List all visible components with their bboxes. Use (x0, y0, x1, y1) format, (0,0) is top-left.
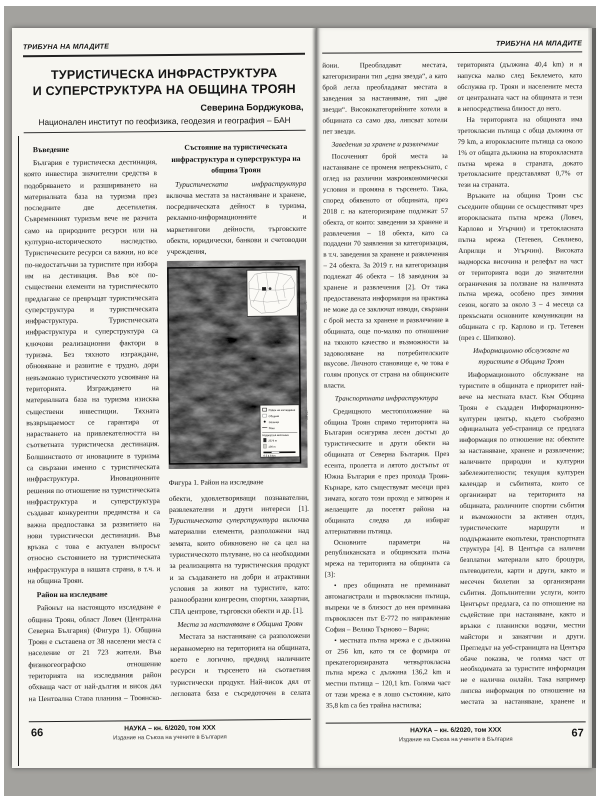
page-spine-shadow (312, 28, 320, 768)
paragraph-text: включва местата за настаняване и хранене… (166, 190, 306, 257)
map-coord-label: 42°55' (303, 299, 307, 309)
paragraph: Местата за настаняване са разположени не… (170, 630, 311, 700)
paragraph: България е туристическа дестинация, коят… (24, 156, 161, 586)
paragraph-text: обекти, удовлетворяващи познавателни, ра… (169, 492, 309, 514)
section-heading-state: Състояние на туристическата инфраструкту… (166, 141, 306, 177)
section-heading-introduction: Въведение (24, 143, 157, 156)
paragraph: На територията на общината има третоклас… (458, 114, 583, 191)
paragraph: територията (дължина 40,4 km) и я напуск… (457, 60, 582, 115)
subsection-information-services: Информационно обслужване на туристите в … (459, 345, 584, 369)
subsection-food-entertainment: Заведения за хранене и развлечение (323, 139, 448, 151)
paragraph: Районът на настоящото изследване е общин… (28, 601, 162, 701)
subsection-transport: Транспортната инфраструктура (324, 393, 449, 405)
legend-item: Реки (269, 426, 275, 430)
section-heading-study-area: Район на изследване (28, 588, 161, 601)
author-name: Северина Борджукова, (23, 102, 305, 115)
legend-item: Община (269, 414, 280, 418)
right-page-columns: йони. Преобладават местата, категоризира… (322, 60, 585, 709)
term-infrastructure: Туристическата инфраструктура (175, 178, 306, 188)
map-legend: Район на изследване Община Селища Реки Н… (260, 404, 299, 457)
map-inset-bulgaria (247, 269, 297, 315)
paragraph: обекти, удовлетворяващи познавателни, ра… (169, 491, 310, 616)
map-coord-label: 24°50' (275, 262, 285, 266)
footer-right-page: НАУКА – кн. 6/2020, том XXX Издание на С… (326, 721, 586, 751)
header-rule-right (322, 51, 582, 54)
page-edge-shadow (588, 28, 596, 768)
figure-caption: Фигура 1. Район на изследване (169, 476, 309, 487)
figure-1-map: 24°30' 24°40' 24°50' 42°55' 42°45' (167, 259, 309, 473)
bullet-item: • местната пътна мрежа е с дължина от 25… (325, 635, 450, 709)
map-inset-marker (262, 287, 266, 291)
left-page-column-2: Състояние на туристическата инфраструкту… (166, 139, 311, 700)
paragraph: Посоченият брой места за настаняване се … (323, 151, 449, 392)
page-number: 67 (571, 727, 583, 739)
legend-item: 100 m (268, 444, 275, 448)
right-page-column-1: йони. Преобладават местата, категоризира… (322, 60, 450, 709)
subsection-accommodation: Места за настаняване в Община Троян (170, 618, 310, 631)
header-rule-left (23, 53, 305, 57)
legend-item: 2376 m (268, 438, 277, 442)
author-affiliation: Национален институт по геофизика, геодез… (24, 115, 306, 128)
page-left: ТРИБУНА НА МЛАДИТЕ ТУРИСТИЧЕСКА ИНФРАСТР… (12, 28, 316, 768)
right-page-column-2: територията (дължина 40,4 km) и я напуск… (457, 60, 585, 709)
map-coord-label: 24°40' (231, 262, 241, 266)
paragraph: Основните параметри на републиканската и… (325, 537, 450, 581)
paragraph: Туристическата инфраструктура включва ме… (166, 177, 307, 257)
article-title-line1: ТУРИСТИЧЕСКА ИНФРАСТРУКТУРА (51, 66, 277, 82)
legend-item: Район на изследване (269, 407, 296, 411)
study-area-map: 24°30' 24°40' 24°50' 42°55' 42°45' (167, 259, 309, 468)
title-rule (24, 130, 306, 133)
publisher-line: Издание на Съюза на учените в България (326, 735, 586, 744)
map-coord-label: 24°30' (189, 262, 199, 266)
legend-item: Селища (269, 420, 280, 424)
paragraph: Връзките на община Троян със съседните о… (458, 191, 584, 344)
bullet-item: • през общината не преминават автомагист… (325, 580, 450, 635)
term-superstructure: Туристическата суперструктура (169, 515, 278, 525)
paragraph: йони. Преобладават местата, категоризира… (322, 60, 447, 137)
running-head-right: ТРИБУНА НА МЛАДИТЕ (322, 39, 582, 49)
scan-artifact-line (18, 136, 19, 766)
article-title: ТУРИСТИЧЕСКА ИНФРАСТРУКТУРА И СУПЕРСТРУК… (29, 65, 299, 99)
article-title-line2: И СУПЕРСТРУКТУРА НА ОБЩИНА ТРОЯН (33, 82, 296, 98)
map-coord-label: 42°45' (304, 409, 308, 419)
left-page-columns: Въведение България е туристическа дестин… (24, 139, 311, 701)
legend-item: Надморска височина (262, 433, 289, 437)
publisher-line: Издание на Съюза на учените в България (29, 732, 311, 742)
paragraph: Информационното обслужване на туристите … (459, 369, 586, 708)
footer-rule (29, 719, 311, 723)
footer-rule (326, 721, 586, 724)
scale-text: 0 2 4 8 km (263, 453, 275, 457)
paragraph-text: включва материални елементи, разположени… (169, 515, 310, 616)
running-head-left: ТРИБУНА НА МЛАДИТЕ (23, 41, 305, 52)
footer-left-page: 66 НАУКА – кн. 6/2020, том XXX Издание н… (29, 719, 311, 750)
left-page-column-1: Въведение България е туристическа дестин… (24, 140, 162, 701)
page-right: ТРИБУНА НА МЛАДИТЕ йони. Преобладават ме… (316, 28, 592, 768)
paragraph: Средищното местоположение на община Троя… (324, 406, 450, 538)
